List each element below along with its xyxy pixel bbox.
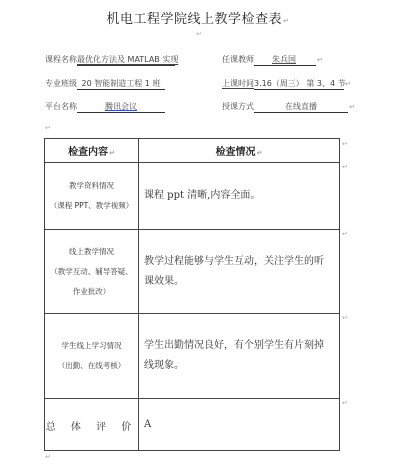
table-row: 学生线上学习情况 （出勤、在线考核） 学生出勤情况良好，有个别学生有片刻掉线现象… (45, 314, 340, 399)
paragraph-mark-icon: ↵ (342, 314, 348, 322)
paragraph-mark-icon: ↵ (45, 124, 51, 132)
header-check-result-text: 检查情况 (216, 147, 256, 158)
header-check-result: 检查情况↵ (139, 139, 340, 163)
paragraph-mark-icon: ↵ (109, 149, 115, 157)
class-label: 专业班级 (45, 79, 77, 88)
method-value[interactable]: 在线直播 (254, 102, 348, 113)
summary-label-cell: 总 体 评 价 (45, 399, 139, 451)
check-item-line: （出勤、在线考核） (45, 356, 138, 376)
check-item-teaching-materials: 教学资料情况 （课程 PPT、教学视频） (45, 163, 139, 230)
course-value[interactable]: 最优化方法及 MATLAB 实现 (77, 55, 175, 66)
platform-value-text: 腾讯会议 (105, 102, 137, 111)
header-check-item-text: 检查内容 (68, 147, 108, 158)
inspection-table: 检查内容↵ 检查情况↵ 教学资料情况 （课程 PPT、教学视频） 课程 ppt … (44, 138, 340, 451)
check-item-student-learning: 学生线上学习情况 （出勤、在线考核） (45, 314, 139, 399)
platform-label: 平台名称 (45, 102, 77, 111)
info-class-row: 专业班级20 智能制造工程 1 班 (45, 78, 165, 90)
paragraph-mark-icon: ↵ (345, 80, 351, 88)
check-item-line: （教学互动、辅导答疑、 (45, 262, 138, 282)
info-teacher-row: 任课教师朱兵国↵ (222, 54, 323, 66)
summary-value-cell[interactable]: A (139, 399, 340, 451)
paragraph-mark-icon: ↵ (283, 17, 289, 25)
info-course-row: 课程名称最优化方法及 MATLAB 实现 (45, 54, 175, 66)
class-value-text: 20 智能制造工程 1 班 (82, 79, 161, 88)
check-result-text: 课程 ppt 清晰,内容全面。 (144, 190, 260, 201)
check-item-online-teaching: 线上教学情况 （教学互动、辅导答疑、 作业批改） (45, 230, 139, 314)
paragraph-mark-icon: ↵ (342, 399, 348, 407)
paragraph-mark-icon: ↵ (317, 56, 323, 64)
info-method-row: 授课方式在线直播↵ (222, 101, 355, 113)
info-platform-row: 平台名称腾讯会议 (45, 101, 165, 113)
check-result-teaching-materials[interactable]: 课程 ppt 清晰,内容全面。 (139, 163, 340, 230)
class-value[interactable]: 20 智能制造工程 1 班 (77, 79, 165, 90)
paragraph-mark-icon: ↵ (257, 149, 263, 157)
course-value-text: 最优化方法及 MATLAB 实现 (77, 55, 178, 64)
summary-label: 总 体 评 价 (46, 422, 138, 433)
paragraph-mark-icon: ↵ (342, 163, 348, 171)
paragraph-mark-icon: ↵ (342, 230, 348, 238)
teacher-value[interactable]: 朱兵国 (254, 55, 316, 66)
time-label: 上课时间 (222, 79, 254, 88)
platform-value[interactable]: 腾讯会议 (77, 102, 165, 113)
header-check-item: 检查内容↵ (45, 139, 139, 163)
table-header-row: 检查内容↵ 检查情况↵ (45, 139, 340, 163)
document-title-text: 机电工程学院线上教学检查表 (107, 12, 283, 27)
course-label: 课程名称 (45, 55, 77, 64)
table-row-summary: 总 体 评 价 A (45, 399, 340, 451)
paragraph-mark-icon: ↵ (196, 30, 202, 38)
check-result-online-teaching[interactable]: 教学过程能够与学生互动，关注学生的听课效果。 (139, 230, 340, 314)
paragraph-mark-icon: ↵ (342, 140, 348, 148)
table-row: 教学资料情况 （课程 PPT、教学视频） 课程 ppt 清晰,内容全面。 (45, 163, 340, 230)
table-row: 线上教学情况 （教学互动、辅导答疑、 作业批改） 教学过程能够与学生互动，关注学… (45, 230, 340, 314)
info-time-row: 上课时间3.16（周三） 第 3、4 节↵ (222, 78, 351, 90)
paragraph-mark-icon: ↵ (349, 103, 355, 111)
check-result-student-learning[interactable]: 学生出勤情况良好，有个别学生有片刻掉线现象。 (139, 314, 340, 399)
summary-value: A (144, 419, 151, 430)
method-label: 授课方式 (222, 102, 254, 111)
time-value-text: 3.16（周三） 第 3、4 节 (254, 79, 346, 88)
check-item-line: 学生线上学习情况 (45, 336, 138, 356)
teacher-label: 任课教师 (222, 55, 254, 64)
document-title: 机电工程学院线上教学检查表↵ (0, 8, 396, 27)
check-result-text: 学生出勤情况良好，有个别学生有片刻掉线现象。 (144, 340, 324, 371)
method-value-text: 在线直播 (285, 102, 317, 111)
check-item-line: 教学资料情况 (45, 176, 138, 196)
check-result-text: 教学过程能够与学生互动，关注学生的听课效果。 (144, 256, 324, 287)
time-value[interactable]: 3.16（周三） 第 3、4 节 (254, 79, 344, 90)
check-item-line: （课程 PPT、教学视频） (45, 196, 138, 216)
paragraph-mark-icon: ↵ (45, 453, 51, 461)
check-item-line: 线上教学情况 (45, 242, 138, 262)
teacher-value-text: 朱兵国 (272, 55, 296, 64)
check-item-line: 作业批改） (45, 282, 138, 302)
